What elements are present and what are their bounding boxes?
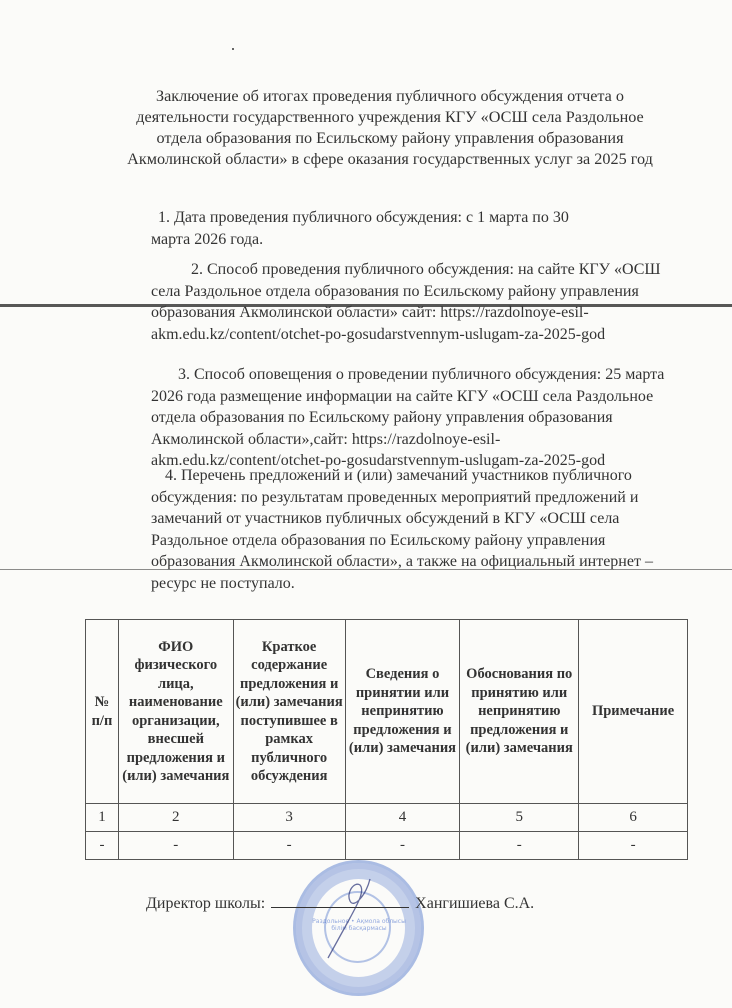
item-3-text: 3. Способ оповещения о проведении публич… <box>151 364 671 472</box>
signature-role: Директор школы: <box>146 895 265 912</box>
header-justification: Обоснования по принятию или непринятию п… <box>460 620 579 804</box>
item-3-notification: 3. Способ оповещения о проведении публич… <box>151 364 671 472</box>
scan-artifact-line <box>0 569 732 570</box>
table-cell: - <box>86 832 119 860</box>
header-summary: Краткое содержание предложения и (или) з… <box>233 620 345 804</box>
header-person: ФИО физического лица, наименование орган… <box>118 620 233 804</box>
header-note: Примечание <box>579 620 688 804</box>
signature-line <box>271 895 409 908</box>
header-acceptance: Сведения о принятии или непринятию предл… <box>345 620 460 804</box>
table-cell: 4 <box>345 804 460 832</box>
table-cell: 5 <box>460 804 579 832</box>
proposals-table: № п/п ФИО физического лица, наименование… <box>85 619 688 860</box>
signature-block: Директор школы: Хангишиева С.А. <box>146 895 534 913</box>
table-row: - - - - - - <box>86 832 688 860</box>
document-page: Заключение об итогах проведения публично… <box>0 0 732 1008</box>
table-cell: - <box>345 832 460 860</box>
table-cell: 2 <box>118 804 233 832</box>
table-cell: - <box>460 832 579 860</box>
scan-artifact-line <box>0 304 732 307</box>
table-numbering-row: 1 2 3 4 5 6 <box>86 804 688 832</box>
item-4-proposals: 4. Перечень предложений и (или) замечани… <box>151 465 686 594</box>
item-2-text: 2. Способ проведения публичного обсужден… <box>151 259 661 345</box>
table-cell: - <box>579 832 688 860</box>
item-1-text: 1. Дата проведения публичного обсуждения… <box>151 207 601 250</box>
table-cell: 3 <box>233 804 345 832</box>
handwritten-signature-icon <box>320 873 380 963</box>
table-cell: - <box>118 832 233 860</box>
table-cell: 1 <box>86 804 119 832</box>
table-header-row: № п/п ФИО физического лица, наименование… <box>86 620 688 804</box>
item-4-text: 4. Перечень предложений и (или) замечани… <box>151 465 686 594</box>
scan-speck <box>232 48 234 50</box>
item-1-date: 1. Дата проведения публичного обсуждения… <box>151 207 601 250</box>
signature-name: Хангишиева С.А. <box>415 895 534 912</box>
item-2-method: 2. Способ проведения публичного обсужден… <box>151 259 661 345</box>
document-title: Заключение об итогах проведения публично… <box>120 86 660 170</box>
table-cell: - <box>233 832 345 860</box>
table-cell: 6 <box>579 804 688 832</box>
header-number: № п/п <box>86 620 119 804</box>
